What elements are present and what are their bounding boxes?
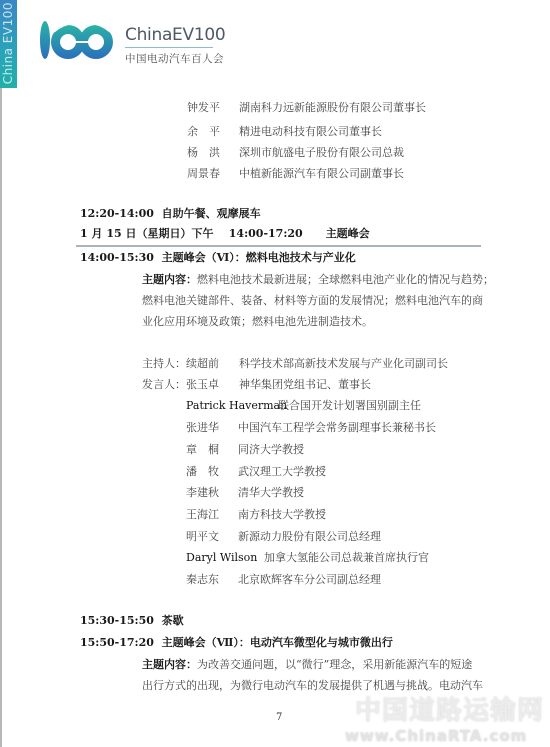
side-brand-text: China EV100 [1,2,15,84]
session7-heading: 15:50-17:20 主题峰会（Ⅶ）：电动汽车微型化与城市微出行 [80,636,393,650]
day-time: 14:00-17:20 [229,227,303,240]
brand-block: ChinaEV100 中国电动汽车百人会 [125,26,224,66]
speaker-title: 同济大学教授 [238,443,304,456]
side-rule [0,88,2,747]
speaker-row: 李建秋清华大学教授 [186,486,304,500]
speaker-name: 张进华 [186,421,238,435]
section-divider [76,245,481,247]
speaker-name: 周景春 [187,167,239,181]
speaker-name: 潘 牧 [186,465,238,479]
session7-time: 15:50-17:20 [80,636,154,649]
watermark-en: www.ChinaRTA.com [345,727,550,745]
brand-name-cn: 中国电动汽车百人会 [125,51,224,66]
session6-content-line: 燃料电池关键部件、装备、材料等方面的发展情况；燃料电池汽车的商 [142,294,483,308]
session6-content-text: 燃料电池关键部件、装备、材料等方面的发展情况；燃料电池汽车的商 [142,294,483,307]
speaker-row: Daryl Wilson加拿大氢能公司总裁兼首席执行官 [186,551,429,565]
page-number: 7 [276,712,282,723]
session7-content-label: 主题内容： [142,658,197,671]
watermark: 中国道路运输网 www.ChinaRTA.com [355,690,550,747]
speaker-title: 深圳市航盛电子股份有限公司总裁 [239,146,404,159]
session7-content-line: 主题内容：为改善交通问题，以“微行”理念，采用新能源汽车的短途 [142,658,472,672]
speaker-title: 联合国开发计划署国别副主任 [278,399,421,412]
session6-title: 主题峰会（Ⅵ）：燃料电池技术与产业化 [162,251,356,264]
speaker-row: 余 平精进电动科技有限公司董事长 [187,125,382,139]
speaker-row: 周景春中植新能源汽车有限公司副董事长 [187,167,404,181]
host-label: 主持人： [142,357,186,370]
session6-content-text: 业化应用环境及政策；燃料电池先进制造技术。 [142,315,373,328]
speaker-title: 中植新能源汽车有限公司副董事长 [239,167,404,180]
session6-content-line: 业化应用环境及政策；燃料电池先进制造技术。 [142,315,373,329]
speaker-name: 张玉卓 [186,378,239,392]
speaker-row: 发言人：张玉卓神华集团党组书记、董事长 [142,378,371,392]
speaker-title: 神华集团党组书记、董事长 [239,378,371,391]
speaker-name: 杨 洪 [187,146,239,160]
session6-time: 14:00-15:30 [80,251,154,264]
tea-label: 茶歇 [162,614,184,627]
tea-time: 15:30-15:50 [80,614,154,627]
session6-content-text: 燃料电池技术最新进展；全球燃料电池产业化的情况与趋势； [197,273,494,286]
session6-content-line: 主题内容：燃料电池技术最新进展；全球燃料电池产业化的情况与趋势； [142,273,494,287]
speaker-title: 武汉理工大学教授 [238,465,326,478]
speaker-name: 章 桐 [186,443,238,457]
lunch-time: 12:20-14:00 [80,207,154,220]
session7-content-text: 为改善交通问题，以“微行”理念，采用新能源汽车的短途 [197,658,472,671]
speaker-row: 杨 洪深圳市航盛电子股份有限公司总裁 [187,146,404,160]
speaker-label: 发言人： [142,378,186,391]
host-title: 科学技术部高新技术发展与产业化司副司长 [239,357,448,370]
side-brand-strip: China EV100 [0,0,17,88]
speaker-title: 新源动力股份有限公司总经理 [238,530,381,543]
speaker-name: 钟发平 [187,101,239,115]
speaker-title: 加拿大氢能公司总裁兼首席执行官 [264,551,429,564]
lunch-item: 12:20-14:00 自助午餐、观摩展车 [80,207,261,221]
speaker-name: 余 平 [187,125,239,139]
watermark-cn: 中国道路运输网 [355,690,550,727]
speaker-name: 王海江 [186,508,238,522]
speaker-title: 湖南科力远新能源股份有限公司董事长 [239,101,426,114]
session6-heading: 14:00-15:30 主题峰会（Ⅵ）：燃料电池技术与产业化 [80,251,356,265]
lunch-label: 自助午餐、观摩展车 [162,207,261,220]
session6-content-label: 主题内容： [142,273,197,286]
speaker-row: 王海江南方科技大学教授 [186,508,326,522]
day-label: 主题峰会 [326,227,370,240]
day-date: 1 月 15 日（星期日）下午 [80,227,213,240]
speaker-name: 李建秋 [186,486,238,500]
speaker-row: 章 桐同济大学教授 [186,443,304,457]
speaker-title: 清华大学教授 [238,486,304,499]
tea-break: 15:30-15:50 茶歇 [80,614,184,628]
host-row: 主持人：续超前科学技术部高新技术发展与产业化司副司长 [142,357,448,371]
speaker-row: Patrick Haverman联合国开发计划署国别副主任 [186,399,421,413]
speaker-row: 秦志东北京欧辉客车分公司副总经理 [186,573,381,587]
host-name: 续超前 [186,357,239,371]
speaker-row: 张进华中国汽车工程学会常务副理事长兼秘书长 [186,421,436,435]
speaker-name: Patrick Haverman [186,399,278,413]
speaker-title: 北京欧辉客车分公司副总经理 [238,573,381,586]
speaker-title: 南方科技大学教授 [238,508,326,521]
speaker-row: 钟发平湖南科力远新能源股份有限公司董事长 [187,101,426,115]
speaker-name: Daryl Wilson [186,551,264,565]
session7-title: 主题峰会（Ⅶ）：电动汽车微型化与城市微出行 [162,636,393,649]
speaker-title: 中国汽车工程学会常务副理事长兼秘书长 [238,421,436,434]
speaker-row: 潘 牧武汉理工大学教授 [186,465,326,479]
speaker-name: 明平文 [186,530,238,544]
speaker-name: 秦志东 [186,573,238,587]
speaker-row: 明平文新源动力股份有限公司总经理 [186,530,381,544]
brand-name-en: ChinaEV100 [125,26,213,48]
day-header: 1 月 15 日（星期日）下午 14:00-17:20 主题峰会 [80,227,370,241]
ev100-logo-icon [38,18,118,62]
speaker-title: 精进电动科技有限公司董事长 [239,125,382,138]
